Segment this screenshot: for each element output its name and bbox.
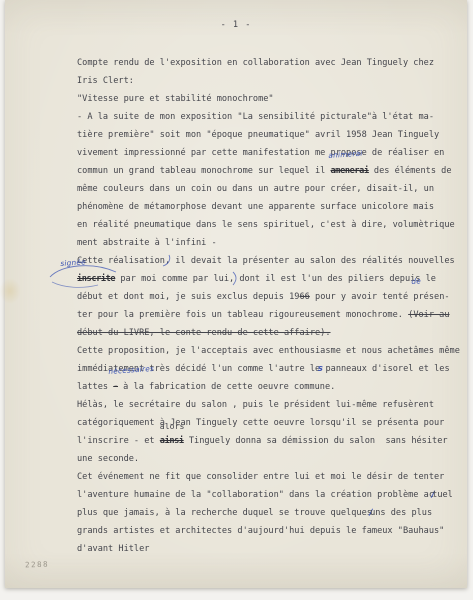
typed-text: Hélàs, le secrétaire du salon , puis le …	[77, 400, 434, 410]
typed-text: en réalité pneumatique dans le sens spir…	[77, 220, 455, 230]
typed-text: panneaux d'isorel et les	[320, 364, 449, 374]
typed-text: Cette proposition, je l'acceptais avec e…	[77, 346, 460, 356]
typed-text: Cette réalisation, il devait la présente…	[77, 256, 455, 266]
typescript-line: Iris Clert:	[77, 72, 461, 90]
blacked-out-text: amenerai	[331, 166, 369, 176]
typescript-line: l'aventure humaine de la "collaboration"…	[77, 486, 461, 504]
typescript-line: Cet événement ne fit que consolider entr…	[77, 468, 461, 486]
typed-text: "Vitesse pure et stabilité monochrome"	[77, 94, 274, 104]
typed-text: des éléments de	[369, 166, 452, 176]
struck-text: début du LIVRE, le conte rendu de cette …	[77, 328, 331, 338]
typed-text: pour y avoir tenté	[310, 292, 413, 302]
typed-text: début et dont moi, je suis exclus depuis…	[77, 292, 299, 302]
struck-text: (Voir au	[408, 310, 449, 320]
typed-text: catégoriquement à Jean Tinguely cette oe…	[77, 418, 444, 428]
typescript-line: tière première" soit mon "époque pneumat…	[77, 126, 461, 144]
scanned-document: - 1 - Compte rendu de l'exposition en co…	[0, 0, 473, 600]
typed-text: Compte rendu de l'exposition en collabor…	[77, 58, 434, 68]
typescript-line: vivement impressionné par cette manifest…	[77, 144, 461, 162]
typed-text: Iris Clert:	[77, 76, 134, 86]
typescript-line: plus que jamais, à la recherche duquel s…	[77, 504, 461, 522]
typed-text: tuel	[432, 490, 453, 500]
typescript-page: - 1 - Compte rendu de l'exposition en co…	[5, 0, 467, 588]
typescript-line: Compte rendu de l'exposition en collabor…	[77, 54, 461, 72]
typed-text: phénomène de métamorphose devant une app…	[77, 202, 434, 212]
typed-text: plus que jamais, à la recherche duquel s…	[77, 508, 372, 518]
typed-text: - A la suite de mon exposition "La sensi…	[77, 112, 434, 122]
typed-text: même couleurs dans un coin ou dans un au…	[77, 184, 434, 194]
typed-text: vivement impressionné par cette manifest…	[77, 148, 444, 158]
typed-text: d'avant Hitler	[77, 544, 149, 554]
typed-text: une seconde.	[77, 454, 139, 464]
typescript-line: une seconde.	[77, 450, 461, 468]
typescript-line: - A la suite de mon exposition "La sensi…	[77, 108, 461, 126]
blacked-out-text: inscrite	[77, 274, 115, 284]
typescript-line: phénomène de métamorphose devant une app…	[77, 198, 461, 216]
typed-text: lattes	[77, 382, 113, 392]
typescript-line: lattes nécessaires- à la fabrication de …	[77, 378, 461, 396]
typescript-line: d'avant Hitler	[77, 540, 461, 558]
typed-text: grands artistes et architectes d'aujourd…	[77, 526, 444, 536]
typed-text: Tinguely donna sa démission du salon san…	[184, 436, 448, 446]
typed-text: présen-	[413, 292, 449, 302]
typed-text: l'inscrire - et	[77, 436, 160, 446]
typed-text: à la fabrication de cette oeuvre commune…	[118, 382, 335, 392]
typescript-line: Cette réalisation, il devait la présente…	[77, 252, 461, 270]
typescript-body: Compte rendu de l'exposition en collabor…	[77, 54, 461, 558]
typed-text: par moi comme par lui, dont il est l'un …	[115, 274, 436, 284]
typescript-line: grands artistes et architectes d'aujourd…	[77, 522, 461, 540]
paper-stain	[0, 278, 21, 304]
typescript-line: ment abstraite à l'infini -	[77, 234, 461, 252]
typescript-line: Cette proposition, je l'acceptais avec e…	[77, 342, 461, 360]
typed-text: ter pour la première fois un tableau rig…	[77, 310, 408, 320]
typed-text: tière première" soit mon "époque pneumat…	[77, 130, 439, 140]
typescript-line: en réalité pneumatique dans le sens spir…	[77, 216, 461, 234]
typescript-line: début et dont moi, je suis exclus depuis…	[77, 288, 461, 306]
typed-text: Cet événement ne fit que consolider entr…	[77, 472, 444, 482]
typed-text: ment abstraite à l'infini -	[77, 238, 217, 248]
blacked-out-text: ainsi	[160, 436, 184, 446]
typed-text: l'aventure humaine de la "collaboration"…	[77, 490, 434, 500]
typed-text: commun un grand tableau monochrome sur l…	[77, 166, 331, 176]
typescript-line: même couleurs dans un coin ou dans un au…	[77, 180, 461, 198]
typescript-line: Hélàs, le secrétaire du salon , puis le …	[77, 396, 461, 414]
typescript-line: commun un grand tableau monochrome sur l…	[77, 162, 461, 180]
typescript-line: catégoriquement à Jean Tinguely cette oe…	[77, 414, 461, 432]
pencil-inventory-mark: 2288	[25, 560, 49, 570]
typescript-line: signéeinscrite par moi comme par lui, do…	[77, 270, 461, 288]
typescript-line: début du LIVRE, le conte rendu de cette …	[77, 324, 461, 342]
typed-text: uns des plus	[370, 508, 432, 518]
typescript-line: l'inscrire - et alorsainsi Tinguely donn…	[77, 432, 461, 450]
typescript-line: ter pour la première fois un tableau rig…	[77, 306, 461, 324]
typescript-line: "Vitesse pure et stabilité monochrome"	[77, 90, 461, 108]
page-number: - 1 -	[5, 20, 467, 30]
struck-text: 66	[299, 292, 309, 302]
